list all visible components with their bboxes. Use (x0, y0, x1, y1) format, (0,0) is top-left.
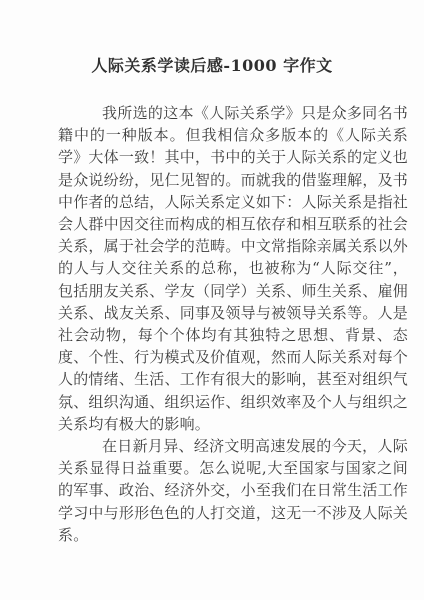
essay-paragraph-1: 我所选的这本《人际关系学》只是众多同名书籍中的一种版本。但我相信众多版本的《人际… (58, 102, 408, 435)
essay-body: 我所选的这本《人际关系学》只是众多同名书籍中的一种版本。但我相信众多版本的《人际… (0, 102, 424, 546)
document-page: 人际关系学读后感-1000 字作文 我所选的这本《人际关系学》只是众多同名书籍中… (0, 0, 424, 600)
essay-paragraph-2: 在日新月异、经济文明高速发展的今天，人际关系显得日益重要。怎么说呢,大至国家与国… (58, 435, 408, 546)
essay-title: 人际关系学读后感-1000 字作文 (0, 53, 424, 76)
